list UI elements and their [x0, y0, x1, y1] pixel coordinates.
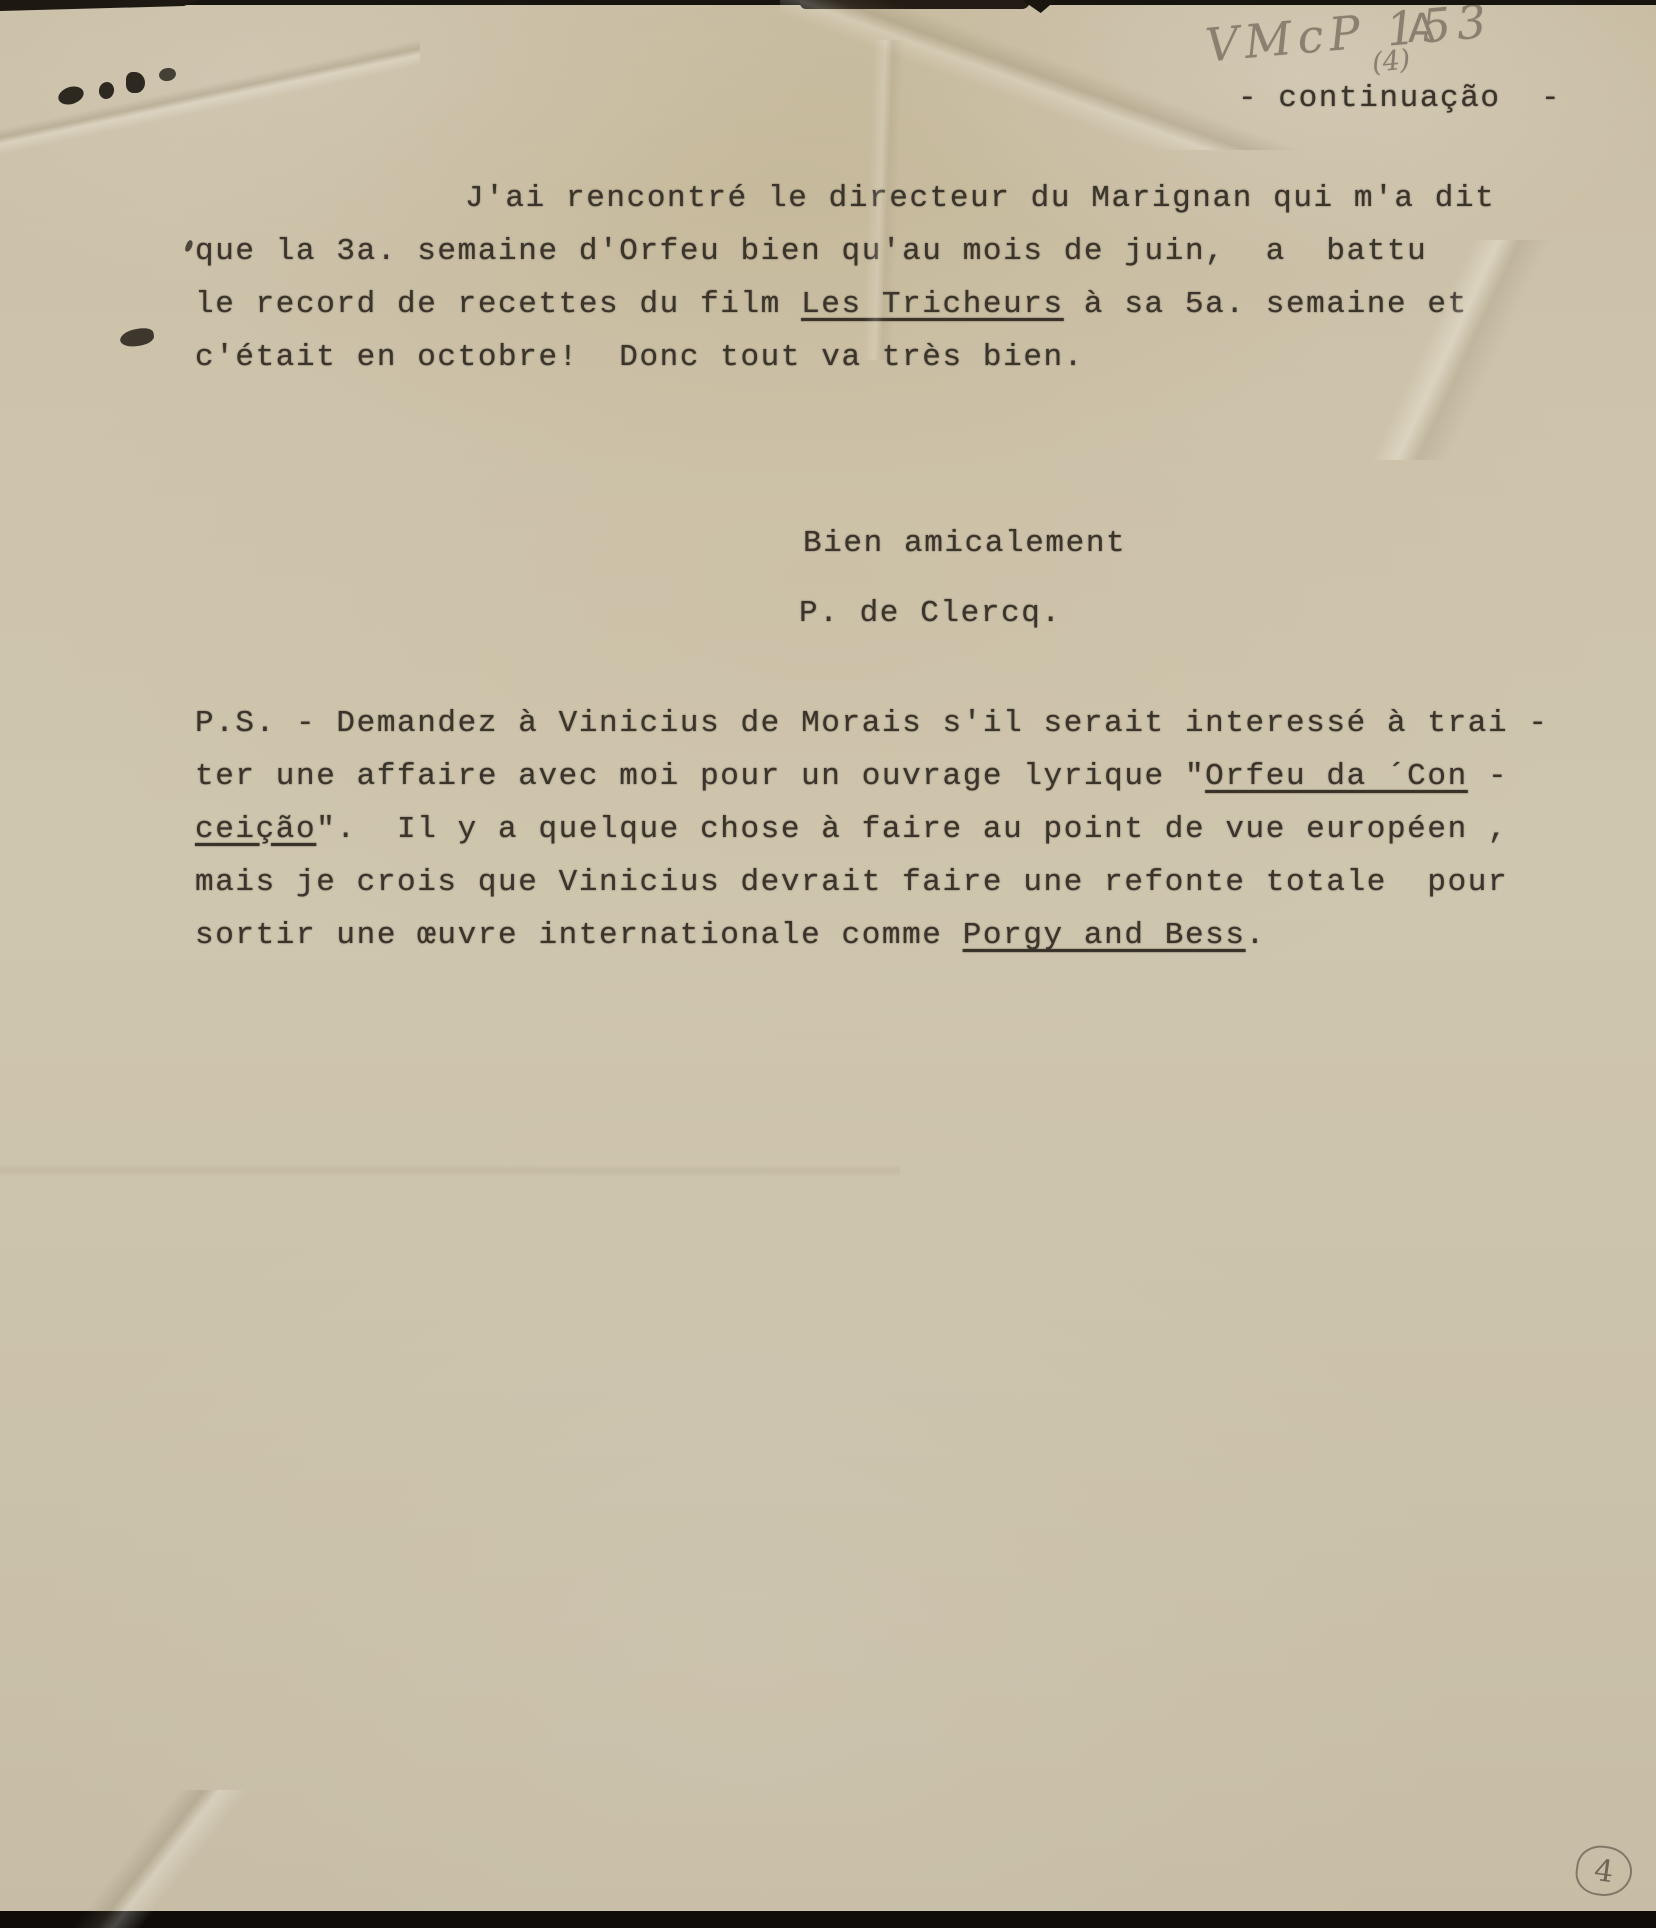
typed-text: sortir une œuvre internationale comme — [195, 918, 963, 953]
underlined-text: Les Tricheurs — [801, 287, 1064, 322]
ink-blot — [126, 72, 145, 93]
letter-line: c'était en octobre! Donc tout va très bi… — [195, 331, 1495, 384]
scan-edge-bottom — [0, 1911, 1656, 1928]
ink-blot — [56, 83, 86, 107]
letter-line: J'ai rencontré le directeur du Marignan … — [195, 172, 1495, 225]
underlined-text: ceição — [195, 812, 316, 847]
typed-text: - — [1468, 759, 1508, 794]
ink-smudge-left-margin — [119, 327, 155, 349]
handwritten-corner-letter: A — [1408, 6, 1435, 52]
postscript-paragraph: P.S. - Demandez à Vinicius de Morais s'i… — [195, 697, 1549, 962]
scan-edge-top-left — [0, 0, 200, 11]
scanned-letter-page: VMcP 153 (4) A - continuação - J'ai renc… — [0, 0, 1656, 1928]
letter-line: sortir une œuvre internationale comme Po… — [195, 909, 1549, 962]
typed-text: le record de recettes du film — [195, 287, 801, 322]
letter-line: ter une affaire avec moi pour un ouvrage… — [195, 750, 1549, 803]
continuation-header: - continuação - — [1238, 72, 1561, 125]
typed-text: mais je crois que Vinicius devrait faire… — [195, 865, 1508, 900]
typed-text: que la 3a. semaine d'Orfeu bien qu'au mo… — [195, 234, 1427, 269]
page-number: 4 — [1592, 1852, 1616, 1889]
typed-text: ter une affaire avec moi pour un ouvrage… — [195, 759, 1205, 794]
signature-name: P. de Clercq. — [799, 587, 1062, 640]
typed-text: ". Il y a quelque chose à faire au point… — [316, 812, 1508, 847]
crease-line — [0, 1140, 900, 1200]
underlined-text: Orfeu da ´Con — [1205, 759, 1468, 794]
underlined-text: Porgy and Bess — [963, 918, 1246, 953]
ink-blot — [158, 67, 177, 83]
letter-line: le record de recettes du film Les Triche… — [195, 278, 1495, 331]
letter-line: que la 3a. semaine d'Orfeu bien qu'au mo… — [195, 225, 1495, 278]
typed-text: c'était en octobre! Donc tout va très bi… — [195, 340, 1084, 375]
typed-text: J'ai rencontré le directeur du Marignan … — [465, 181, 1495, 216]
ink-speck — [184, 239, 194, 252]
typed-text: P.S. - Demandez à Vinicius de Morais s'i… — [195, 706, 1549, 741]
typed-text: . — [1246, 918, 1266, 953]
letter-line: ceição". Il y a quelque chose à faire au… — [195, 803, 1549, 856]
letter-paragraph: J'ai rencontré le directeur du Marignan … — [195, 172, 1495, 384]
letter-line: mais je crois que Vinicius devrait faire… — [195, 856, 1549, 909]
handwritten-archive-code: VMcP 153 — [1203, 0, 1494, 72]
ink-blot — [97, 81, 115, 101]
scan-edge-top-shadow — [800, 0, 1030, 9]
typed-text: à sa 5a. semaine et — [1064, 287, 1468, 322]
crease-line — [0, 1790, 300, 1928]
signature-closing: Bien amicalement — [803, 517, 1126, 570]
letter-line: P.S. - Demandez à Vinicius de Morais s'i… — [195, 697, 1549, 750]
circled-page-number: 4 — [1573, 1842, 1635, 1899]
